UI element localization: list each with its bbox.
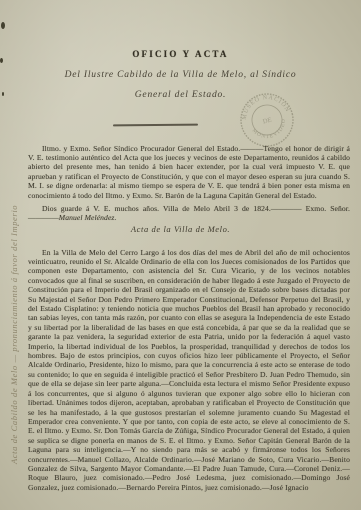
- paper-speck: [1, 22, 5, 29]
- document-subtitle-line1: Del Ilustre Cabildo de la Villa de Melo,…: [0, 70, 361, 80]
- document-page: Acta de Cabildo de Melo — pronunciamient…: [0, 0, 361, 510]
- handwritten-margin-note: Acta de Cabildo de Melo — pronunciamient…: [9, 205, 19, 464]
- oficio-signature: Manuel Meléndez.: [59, 213, 117, 222]
- acta-heading: Acta de la Villa de Melo.: [0, 224, 361, 234]
- document-title: OFICIO Y ACTA: [0, 49, 361, 59]
- oficio-paragraph: Iltmo. y Exmo. Señor Síndico Procurador …: [28, 144, 350, 200]
- acta-paragraph: En la Villa de Melo del Cerro Largo á lo…: [28, 248, 350, 493]
- title-divider-rule: [113, 124, 198, 127]
- document-subtitle-line2: General del Estado.: [0, 90, 361, 100]
- oficio-closing: Dios guarde á V. E. muchos años. Villa d…: [28, 204, 350, 223]
- stamp-center-text: DE: [262, 117, 272, 126]
